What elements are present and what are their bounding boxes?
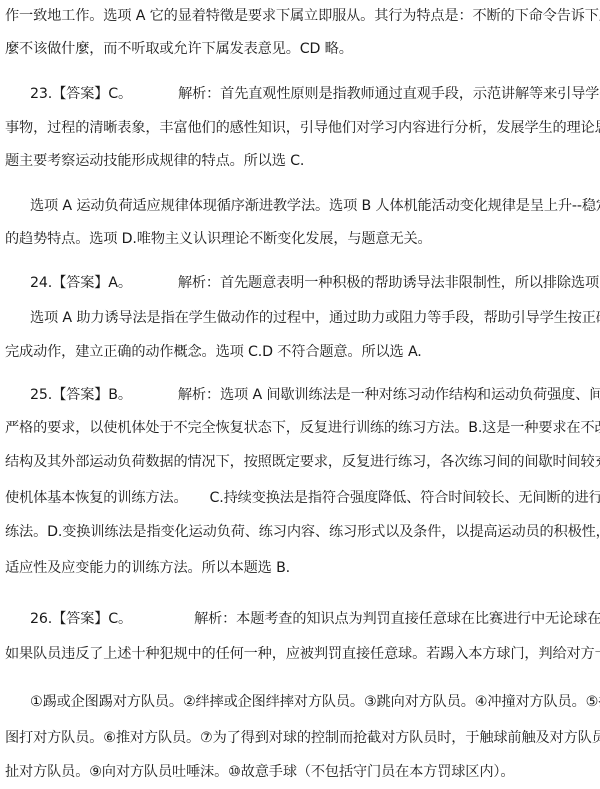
answer-23-line: 23.【答案】C。解析：首先直观性原则是指教师通过直观手段，示范讲解等来引导学生…: [30, 84, 596, 104]
text-line: 图打对方队员。⑥推对方队员。⑦为了得到对球的控制而抢截对方队员时，于触球前触及对…: [5, 728, 596, 748]
text-line: 使机体基本恢复的训练方法。C.持续变换法是指符合强度降低、符合时间较长、无间断的…: [5, 488, 596, 508]
text-line: 题主要考察运动技能形成规律的特点。所以选 C.: [5, 151, 596, 171]
text-line: 事物，过程的清晰表象，丰富他们的感性知识，引导他们对学习内容进行分析，发展学生的…: [5, 118, 596, 138]
answer-25-analysis: 解析：选项 A 间歇训练法是一种对练习动作结构和运动负荷强度、间歇时间具有: [178, 387, 600, 403]
answer-23-analysis: 解析：首先直观性原则是指教师通过直观手段，示范讲解等来引导学生形成所学: [178, 86, 600, 102]
text-line: 麼不该做什麼，而不听取或允许下属发表意见。CD 略。: [5, 39, 596, 59]
text-line: 适应性及应变能力的训练方法。所以本题选 B.: [5, 558, 596, 578]
answer-24-analysis: 解析：首先题意表明一种积极的帮助诱导法非限制性，所以排除选项 B。: [178, 275, 600, 291]
text-line: ①踢或企图踢对方队员。②绊摔或企图绊摔对方队员。③跳向对方队员。④冲撞对方队员。…: [30, 692, 596, 712]
text-line: 完成动作，建立正确的动作概念。选项 C.D 不符合题意。所以选 A.: [5, 342, 596, 362]
text-line: 严格的要求，以使机体处于不完全恢复状态下，反复进行训练的练习方法。B.这是一种要…: [5, 418, 596, 438]
text-segment: C.持续变换法是指符合强度降低、符合时间较长、无间断的进行练习的训: [210, 490, 600, 506]
text-line: 的趋势特点。选项 D.唯物主义认识理论不断变化发展，与题意无关。: [5, 229, 596, 249]
text-segment: 使机体基本恢复的训练方法。: [5, 490, 188, 506]
answer-23-label: 23.【答案】C。: [30, 86, 132, 102]
document-page: 作一致地工作。选项 A 它的显着特徵是要求下属立即服从。其行为特点是：不断的下命…: [0, 0, 600, 789]
text-line: 作一致地工作。选项 A 它的显着特徵是要求下属立即服从。其行为特点是：不断的下命…: [5, 6, 596, 26]
answer-25-line: 25.【答案】B。解析：选项 A 间歇训练法是一种对练习动作结构和运动负荷强度、…: [30, 385, 596, 405]
answer-25-label: 25.【答案】B。: [30, 387, 132, 403]
answer-26-line: 26.【答案】C。解析：本题考查的知识点为判罚直接任意球在比赛进行中无论球在什么…: [30, 609, 596, 629]
answer-24-line: 24.【答案】A。解析：首先题意表明一种积极的帮助诱导法非限制性，所以排除选项 …: [30, 273, 596, 293]
text-line: 结构及其外部运动负荷数据的情况下，按照既定要求，反复进行练习，各次练习间的间歇时…: [5, 452, 596, 472]
text-line: 如果队员违反了上述十种犯规中的任何一种，应被判罚直接任意球。若踢入本方球门，判给…: [5, 644, 596, 664]
answer-26-analysis: 解析：本题考查的知识点为判罚直接任意球在比赛进行中无论球在什么位置，: [194, 611, 600, 627]
text-line: 选项 A 助力诱导法是指在学生做动作的过程中，通过助力或阻力等手段，帮助引导学生…: [30, 308, 596, 328]
answer-26-label: 26.【答案】C。: [30, 611, 132, 627]
text-line: 扯对方队员。⑨向对方队员吐唾沫。⑩故意手球（不包括守门员在本方罚球区内）。: [5, 762, 596, 782]
text-line: 选项 A 运动负荷适应规律体现循序渐进教学法。选项 B 人体机能活动变化规律是呈…: [30, 196, 596, 216]
answer-24-label: 24.【答案】A。: [30, 275, 132, 291]
text-line: 练法。D.变换训练法是指变化运动负荷、练习内容、练习形式以及条件，以提高运动员的…: [5, 522, 596, 542]
